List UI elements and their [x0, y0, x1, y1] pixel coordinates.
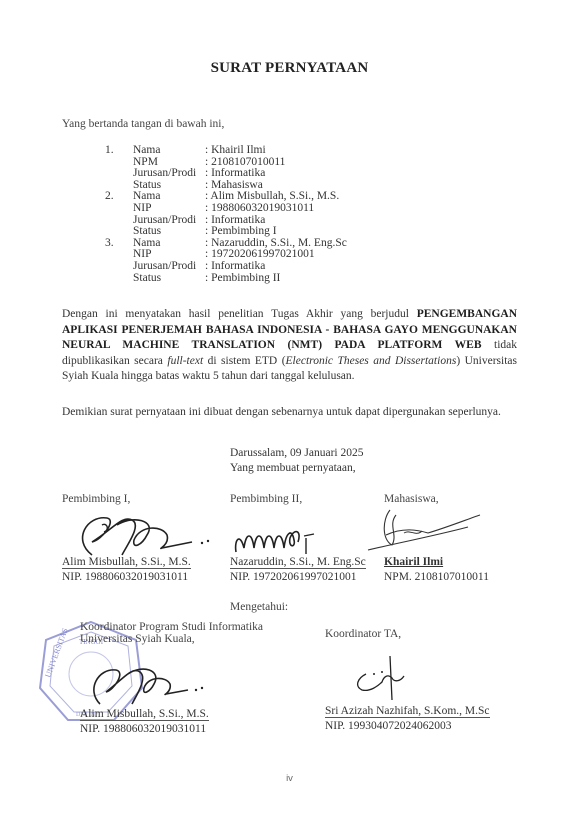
- signature-pembimbing1-icon: [62, 510, 222, 560]
- koordinator-prodi-nip: NIP. 198806032019031011: [80, 723, 206, 735]
- field-value: : Pembimbing I: [205, 226, 277, 238]
- mahasiswa-npm: NPM. 2108107010011: [384, 571, 489, 583]
- etd-term: Electronic Theses and Dissertations: [286, 355, 457, 367]
- koordinator-ta-name: Sri Azizah Nazhifah, S.Kom., M.Sc: [325, 705, 490, 718]
- koordinator-ta-nip: NIP. 199304072024062003: [325, 720, 452, 732]
- pembimbing1-role: Pembimbing I,: [62, 493, 130, 505]
- statement-paragraph: Dengan ini menyatakan hasil penelitian T…: [62, 307, 517, 385]
- closing-paragraph: Demikian surat pernyataan ini dibuat den…: [62, 405, 517, 421]
- intro-text: Yang bertanda tangan di bawah ini,: [62, 118, 224, 130]
- signature-koordinator-ta-icon: [348, 652, 418, 702]
- mahasiswa-name: Khairil Ilmi: [384, 556, 443, 568]
- koordinator-prodi-role-line2: Universitas Syiah Kuala,: [80, 633, 263, 645]
- statement-mid2: di sistem ETD (: [203, 355, 285, 367]
- pembimbing1-name: Alim Misbullah, S.Si., M.S.: [62, 556, 191, 569]
- pembimbing2-nip: NIP. 197202061997021001: [230, 571, 357, 583]
- koordinator-prodi-role: Koordinator Program Studi Informatika Un…: [80, 621, 263, 645]
- maker-label: Yang membuat pernyataan,: [230, 461, 364, 476]
- svg-text:UNIVERSITAS: UNIVERSITAS: [43, 627, 69, 679]
- field-label: NIP: [133, 203, 152, 215]
- place-date: Darussalam, 09 Januari 2025: [230, 446, 364, 461]
- field-label: Status: [133, 226, 161, 238]
- statement-lead: Dengan ini menyatakan hasil penelitian T…: [62, 308, 409, 320]
- field-value: : Informatika: [205, 261, 265, 273]
- field-value: : 198806032019031011: [205, 203, 314, 215]
- field-label: Status: [133, 273, 161, 285]
- document-title: SURAT PERNYATAAN: [0, 60, 579, 77]
- signatory-number: 3.: [105, 238, 114, 250]
- full-text-term: full-text: [167, 355, 203, 367]
- koordinator-prodi-role-line1: Koordinator Program Studi Informatika: [80, 621, 263, 633]
- signatory-number: 2.: [105, 191, 114, 203]
- signature-koordinator-prodi-icon: [82, 660, 212, 708]
- mahasiswa-role: Mahasiswa,: [384, 493, 439, 505]
- acknowledged-label: Mengetahui:: [230, 601, 288, 613]
- pembimbing2-name: Nazaruddin, S.Si., M. Eng.Sc: [230, 556, 366, 569]
- pembimbing2-role: Pembimbing II,: [230, 493, 302, 505]
- field-value: : Pembimbing II: [205, 273, 280, 285]
- koordinator-ta-role: Koordinator TA,: [325, 628, 401, 640]
- signatory-number: 1.: [105, 145, 114, 157]
- field-label: Nama: [133, 145, 160, 157]
- field-value: : Khairil Ilmi: [205, 145, 266, 157]
- field-label: Jurusan/Prodi: [133, 261, 196, 273]
- koordinator-prodi-name: Alim Misbullah, S.Si., M.S.: [80, 708, 209, 721]
- place-date-block: Darussalam, 09 Januari 2025 Yang membuat…: [230, 446, 364, 476]
- pembimbing1-nip: NIP. 198806032019031011: [62, 571, 188, 583]
- signature-mahasiswa-icon: [368, 505, 488, 555]
- signature-pembimbing2-icon: [232, 520, 332, 560]
- page-number: iv: [0, 773, 579, 784]
